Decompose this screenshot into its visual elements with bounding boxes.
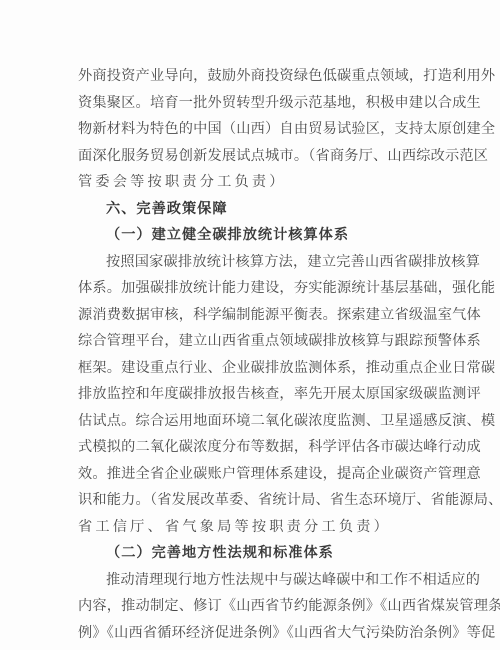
paragraph-line: 推动清理现行地方性法规中与碳达峰碳中和工作不相适应的 <box>106 567 422 593</box>
paragraph-line: 式模拟的二氧化碳浓度分布等数据，科学评估各市碳达峰行动成 <box>78 434 422 460</box>
paragraph-line: 框架。建设重点行业、企业碳排放监测体系，推动重点企业日常碳 <box>78 355 422 381</box>
paragraph-line: 物新材料为特色的中国（山西）自由贸易试验区，支持太原创建全 <box>78 116 422 142</box>
paragraph-line: 源消费数据审核，科学编制能源平衡表。探索建立省级温室气体 <box>78 302 422 328</box>
paragraph-line: 估试点。综合运用地面环境二氧化碳浓度监测、卫星遥感反演、模 <box>78 408 422 434</box>
document-page: 外商投资产业导向，鼓励外商投资绿色低碳重点领域，打造利用外 资集聚区。培育一批外… <box>0 0 500 650</box>
paragraph-line: 综合管理平台，建立山西省重点领域碳排放核算与跟踪预警体系 <box>78 328 422 354</box>
paragraph-line: 资集聚区。培育一批外贸转型升级示范基地，积极申建以合成生 <box>78 90 422 116</box>
paragraph-line: 例》《山西省循环经济促进条例》《山西省大气污染防治条例》等促 <box>78 620 422 646</box>
paragraph-line: 识和能力。（省发展改革委、省统计局、省生态环境厅、省能源局、 <box>78 487 422 513</box>
paragraph-line: 外商投资产业导向，鼓励外商投资绿色低碳重点领域，打造利用外 <box>78 63 422 89</box>
paragraph-line: 面深化服务贸易创新发展试点城市。（省商务厅、山西综改示范区 <box>78 143 422 169</box>
section-heading: 六、完善政策保障 <box>106 196 422 222</box>
paragraph-line: 省工信厅、省气象局等按职责分工负责） <box>78 514 422 540</box>
paragraph-line: 内容，推动制定、修订《山西省节约能源条例》《山西省煤炭管理条 <box>78 593 422 619</box>
subsection-heading: （二）完善地方性法规和标准体系 <box>106 540 422 566</box>
paragraph-line: 排放监控和年度碳排放报告核查，率先开展太原国家级碳监测评 <box>78 381 422 407</box>
paragraph-line: 管委会等按职责分工负责） <box>78 169 422 195</box>
subsection-heading: （一）建立健全碳排放统计核算体系 <box>106 222 422 248</box>
paragraph-line: 效。推进全省企业碳账户管理体系建设，提高企业碳资产管理意 <box>78 461 422 487</box>
paragraph-line: 按照国家碳排放统计核算方法，建立完善山西省碳排放核算 <box>106 249 422 275</box>
paragraph-line: 体系。加强碳排放统计能力建设，夯实能源统计基层基础，强化能 <box>78 275 422 301</box>
